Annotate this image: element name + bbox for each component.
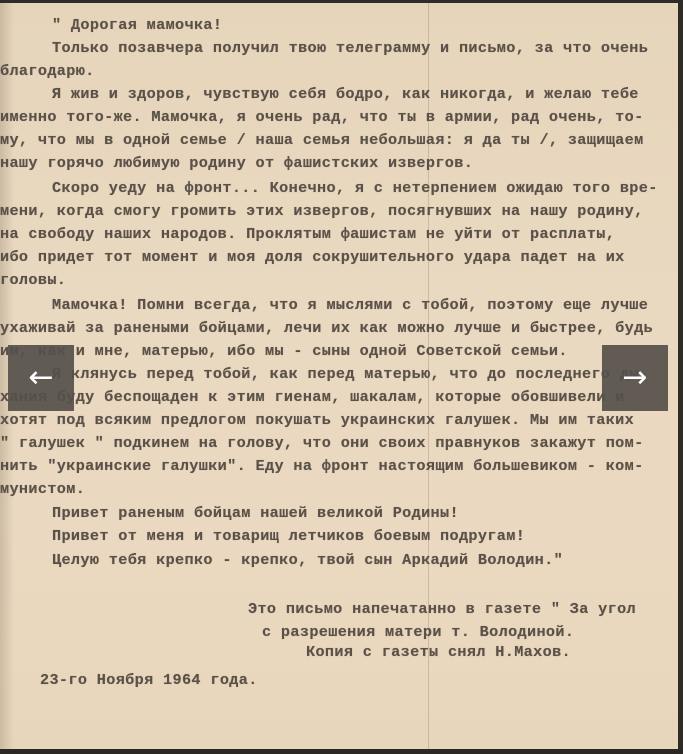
- letter-line: благодарю.: [0, 62, 95, 80]
- letter-line: нашу горячо любимую родину от фашистских…: [0, 154, 473, 172]
- copy-note: Копия с газеты снял Н.Махов.: [306, 643, 571, 661]
- document-page: " Дорогая мамочка! Только позавчера полу…: [0, 3, 678, 749]
- letter-line: Только позавчера получил твою телеграмму…: [52, 39, 648, 57]
- permission-note: с разрешения матери т. Володиной.: [262, 623, 574, 641]
- letter-line: Привет от меня и товарищ летчиков боевым…: [52, 527, 525, 545]
- letter-line: Целую тебя крепко - крепко, твой сын Арк…: [52, 551, 563, 569]
- viewer-bottom-edge: [0, 749, 683, 754]
- letter-line: хотят под всяким предлогом покушать укра…: [0, 411, 634, 429]
- letter-line: хания буду беспощаден к этим гиенам, шак…: [0, 388, 625, 406]
- letter-line: мунистом.: [0, 480, 85, 498]
- letter-line: именно того-же. Мамочка, я очень рад, чт…: [0, 108, 644, 126]
- letter-line: на свободу наших народов. Проклятым фаши…: [0, 225, 615, 243]
- publication-note: Это письмо напечатанно в газете " За уго…: [248, 600, 636, 618]
- letter-line: ибо придет тот момент и моя доля сокруши…: [0, 248, 625, 266]
- letter-line: головы.: [0, 271, 66, 289]
- letter-line: им, как и мне, матерью, ибо мы - сыны од…: [0, 342, 568, 360]
- previous-page-button[interactable]: ←: [8, 345, 74, 411]
- letter-line: Я клянусь перед тобой, как перед матерью…: [52, 365, 648, 383]
- letter-line: Мамочка! Помни всегда, что я мыслями с т…: [52, 296, 648, 314]
- letter-line: Привет раненым бойцам нашей великой Роди…: [52, 504, 459, 522]
- letter-line: " Дорогая мамочка!: [52, 16, 222, 34]
- next-page-button[interactable]: →: [602, 345, 668, 411]
- arrow-left-icon: ←: [28, 360, 53, 395]
- letter-line: Скоро уеду на фронт... Конечно, я с нете…: [52, 179, 658, 197]
- document-date: 23-го Ноября 1964 года.: [40, 671, 258, 689]
- arrow-right-icon: →: [622, 360, 647, 395]
- letter-line: мени, когда смогу громить этих извергов,…: [0, 202, 644, 220]
- letter-line: " галушек " подкинем на голову, что они …: [0, 434, 644, 452]
- letter-line: ухаживай за ранеными бойцами, лечи их ка…: [0, 319, 653, 337]
- letter-line: нить "украинские галушки". Еду на фронт …: [0, 457, 644, 475]
- letter-line: Я жив и здоров, чувствую себя бодро, как…: [52, 85, 639, 103]
- letter-line: му, что мы в одной семье / наша семья не…: [0, 131, 644, 149]
